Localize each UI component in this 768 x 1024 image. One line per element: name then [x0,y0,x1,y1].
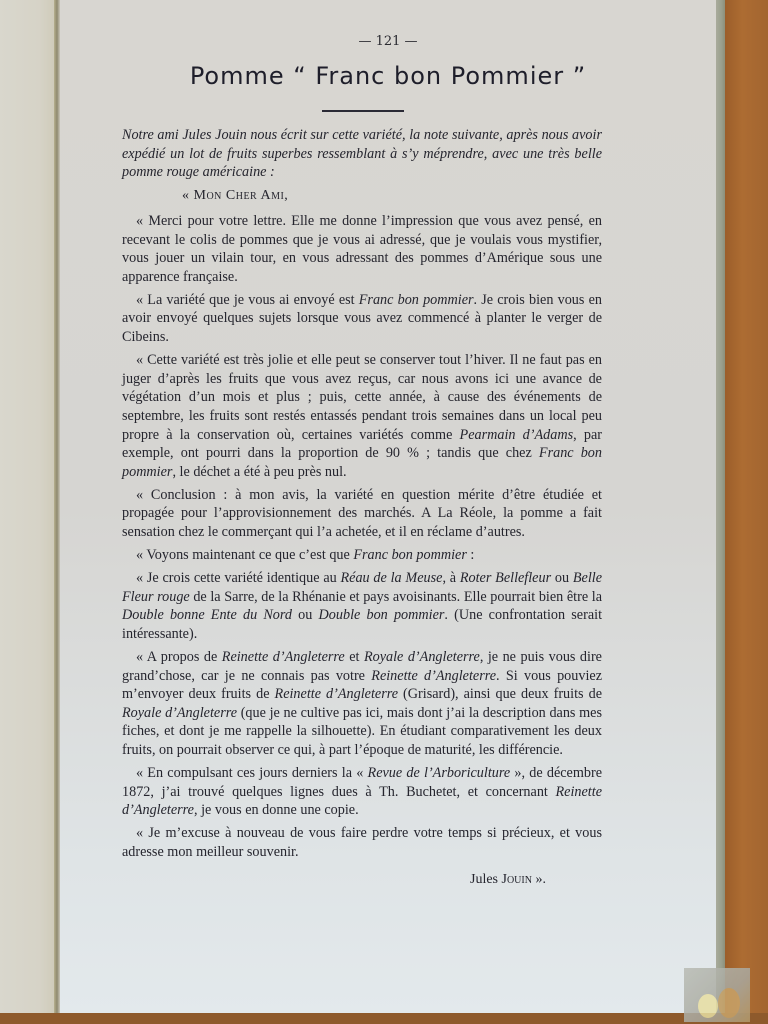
title-rule-divider [322,110,404,112]
letter-paragraph: « Je crois cette variété identique au Ré… [122,569,602,643]
text-run: « Je crois cette variété identique au [136,570,341,586]
letter-salutation: « Mon Cher Ami, [182,188,288,204]
wooden-table-background [725,0,768,1024]
text-run: et [345,649,364,665]
variety-name: Réau de la Meuse [341,570,443,586]
apple-icon [718,988,740,1018]
text-run: (Grisard), ainsi que deux fruits de [398,686,602,702]
variety-name: Revue de l’Arboriculture [368,765,511,781]
variety-name: Reinette d’Angleterre [222,649,345,665]
text-run: , le déchet a été à peu près nul. [172,464,346,480]
signature-first-name: Jules [470,872,502,887]
apple-icon [698,994,718,1018]
table-edge-bottom [0,1013,768,1024]
text-run: « Conclusion : à mon avis, la variété en… [122,487,602,540]
text-run: « En compulsant ces jours derniers la « [136,765,368,781]
variety-name: Roter Bellefleur [460,570,551,586]
variety-name: Franc bon pommier [359,292,474,308]
text-run: « Je m’excuse à nouveau de vous faire pe… [122,825,602,860]
text-run: , à [442,570,459,586]
text-run: « A propos de [136,649,222,665]
text-run: « Merci pour votre lettre. Elle me donne… [122,213,602,285]
letter-paragraph: « Cette variété est très jolie et elle p… [122,351,602,481]
variety-name: Franc bon pommier [353,547,467,563]
page-number: — 121 — [60,34,716,49]
variety-name: Reinette d’Angleterre [275,686,398,702]
letter-paragraph: « Je m’excuse à nouveau de vous faire pe… [122,824,602,861]
variety-name: Royale d’Angleterre [122,705,237,721]
intro-paragraph: Notre ami Jules Jouin nous écrit sur cet… [122,126,602,182]
letter-paragraph: « A propos de Reinette d’Angleterre et R… [122,648,602,760]
left-facing-page [0,0,56,1015]
variety-name: Double bonne Ente du Nord [122,607,292,623]
text-run: « La variété que je vous ai envoyé est [136,292,359,308]
variety-name: Reinette d’Angleterre [371,668,496,684]
letter-signature: Jules Jouin ». [470,872,546,888]
letter-paragraph: « Voyons maintenant ce que c’est que Fra… [122,546,602,565]
page-edge-stack [716,0,725,1015]
letter-paragraph: « La variété que je vous ai envoyé est F… [122,291,602,347]
photo-thumbnail-overlay [684,968,750,1022]
signature-last-name: Jouin [502,872,532,887]
letter-paragraph: « En compulsant ces jours derniers la « … [122,764,602,820]
text-run: : [467,547,475,563]
text-run: de la Sarre, de la Rhénanie et pays avoi… [190,589,602,605]
text-run: ou [551,570,573,586]
variety-name: Double bon pommier [319,607,445,623]
text-run: ou [292,607,319,623]
letter-body: « Merci pour votre lettre. Elle me donne… [122,212,602,866]
letter-paragraph: « Merci pour votre lettre. Elle me donne… [122,212,602,286]
text-run: « Voyons maintenant ce que c’est que [136,547,353,563]
text-run: , je vous en donne une copie. [194,802,359,818]
signature-closing: ». [532,872,546,887]
page-title: Pomme “ Franc bon Pommier ” [60,62,716,90]
variety-name: Royale d’Angleterre [364,649,480,665]
variety-name: Pearmain d’Adams [460,427,574,443]
letter-paragraph: « Conclusion : à mon avis, la variété en… [122,486,602,542]
